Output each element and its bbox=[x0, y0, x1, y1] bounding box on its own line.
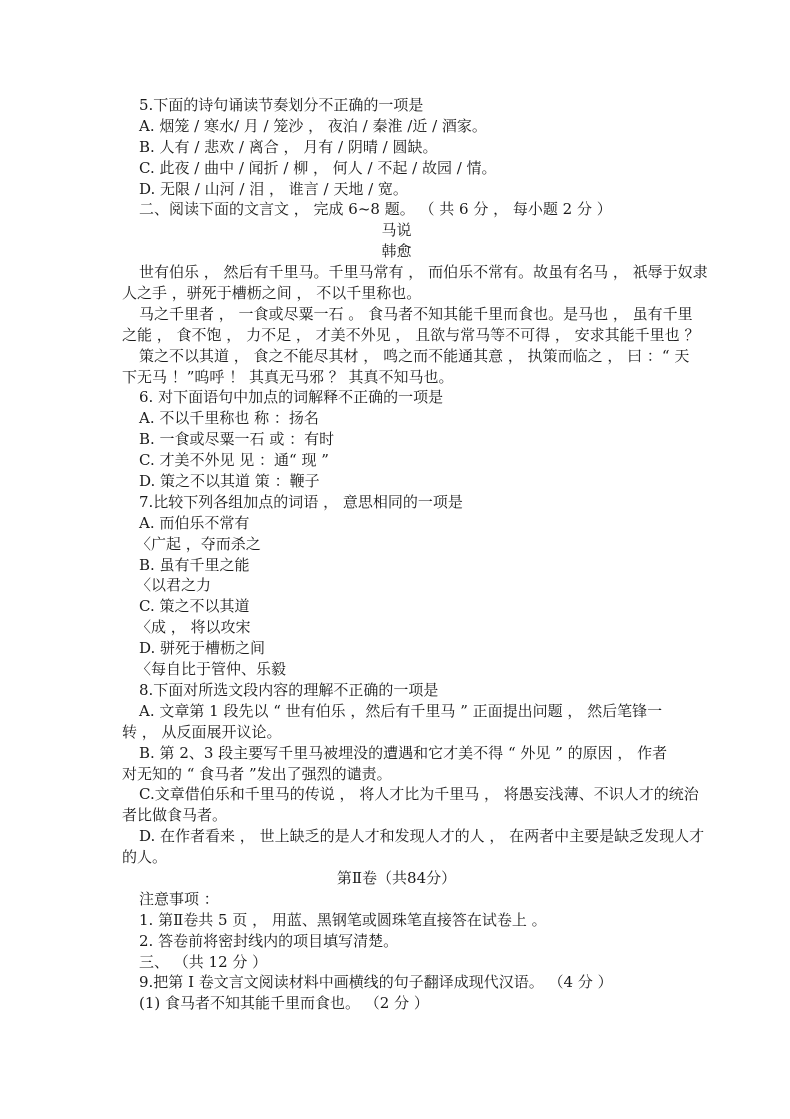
text-line: 二、阅读下面的文言文 ， 完成 6~8 题。 （ 共 6 分 ， 每小题 2 分… bbox=[122, 199, 707, 220]
text-line: C. 才美不外见 见 ：通“ 现 ” bbox=[122, 450, 707, 471]
text-line: B. 第 2、3 段主要写千里马被埋没的遭遇和它才美不得 “ 外见 ” 的原因 … bbox=[122, 743, 707, 764]
text-line: 5.下面的诗句诵读节奏划分不正确的一项是 bbox=[122, 95, 707, 116]
text-line: 6. 对下面语句中加点的词解释不正确的一项是 bbox=[122, 387, 707, 408]
passage-title: 马说 bbox=[104, 220, 689, 241]
text-line: 之能 ， 食不饱 ， 力不足 ， 才美不外见 ， 且欲与常马等不可得 ， 安求其… bbox=[122, 325, 707, 346]
text-line: C. 策之不以其道 bbox=[122, 596, 707, 617]
text-line: D. 无限 / 山河 / 泪 ， 谁言 / 天地 / 宽。 bbox=[122, 179, 707, 200]
text-line: 〈以君之力 bbox=[122, 575, 707, 596]
text-line: D. 策之不以其道 策 ：鞭子 bbox=[122, 471, 707, 492]
text-line: D. 骈死于槽枥之间 bbox=[122, 638, 707, 659]
text-line: 〈每自比于管仲、乐毅 bbox=[122, 659, 707, 680]
document-body: 5.下面的诗句诵读节奏划分不正确的一项是A. 烟笼 / 寒水/ 月 / 笼沙 ，… bbox=[122, 95, 707, 1014]
text-line: 2. 答卷前将密封线内的项目填写清楚。 bbox=[122, 931, 707, 952]
text-line: A. 烟笼 / 寒水/ 月 / 笼沙 ， 夜泊 / 秦淮 /近 / 酒家。 bbox=[122, 116, 707, 137]
text-line: 8.下面对所选文段内容的理解不正确的一项是 bbox=[122, 680, 707, 701]
text-line: 三、 （共 12 分 ） bbox=[122, 952, 707, 973]
text-line: B. 虽有千里之能 bbox=[122, 555, 707, 576]
text-line: 人之手 ，骈死于槽枥之间 ， 不以千里称也。 bbox=[122, 283, 707, 304]
text-line: C. 此夜 / 曲中 / 闻折 / 柳 ， 何人 / 不起 / 故园 / 情。 bbox=[122, 158, 707, 179]
text-line: 注意事项 ： bbox=[122, 889, 707, 910]
text-line: 转 ， 从反面展开议论。 bbox=[122, 722, 707, 743]
text-line: 9.把第 Ⅰ 卷文言文阅读材料中画横线的句子翻译成现代汉语。 （4 分 ） bbox=[122, 972, 707, 993]
text-line: 〈成 ， 将以攻宋 bbox=[122, 617, 707, 638]
text-line: B. 一食或尽粟一石 或 ：有时 bbox=[122, 429, 707, 450]
text-line: (1) 食马者不知其能千里而食也。 （2 分 ） bbox=[122, 993, 707, 1014]
text-line: 马之千里者 ， 一食或尽粟一石 。 食马者不知其能千里而食也。是马也 ， 虽有千… bbox=[122, 304, 707, 325]
text-line: 7.比较下列各组加点的词语 ， 意思相同的一项是 bbox=[122, 492, 707, 513]
section-2-header: 第Ⅱ卷（共84分） bbox=[104, 868, 689, 889]
text-line: C.文章借伯乐和千里马的传说 ， 将人才比为千里马 ， 将愚妄浅薄、不识人才的统… bbox=[122, 784, 707, 805]
text-line: 〈广起 ，夺而杀之 bbox=[122, 534, 707, 555]
text-line: 者比做食马者。 bbox=[122, 805, 707, 826]
text-line: 策之不以其道 ， 食之不能尽其材 ， 鸣之而不能通其意 ， 执策而临之 ， 曰 … bbox=[122, 346, 707, 367]
passage-author: 韩愈 bbox=[104, 241, 689, 262]
text-line: B. 人有 / 悲欢 / 离合 ， 月有 / 阴晴 / 圆缺。 bbox=[122, 137, 707, 158]
text-line: 1. 第Ⅱ卷共 5 页 ， 用蓝、黑钢笔或圆珠笔直接答在试卷上 。 bbox=[122, 910, 707, 931]
document-page: 5.下面的诗句诵读节奏划分不正确的一项是A. 烟笼 / 寒水/ 月 / 笼沙 ，… bbox=[0, 0, 790, 1119]
text-line: A. 而伯乐不常有 bbox=[122, 513, 707, 534]
text-line: 对无知的 “ 食马者 ”发出了强烈的谴责。 bbox=[122, 764, 707, 785]
text-line: 世有伯乐 ， 然后有千里马。千里马常有 ， 而伯乐不常有。故虽有名马 ， 祇辱于… bbox=[122, 262, 707, 283]
text-line: A. 不以千里称也 称 ：扬名 bbox=[122, 408, 707, 429]
text-line: 下无马 ！”呜呼 ！ 其真无马邪 ？ 其真不知马也。 bbox=[122, 367, 707, 388]
text-line: D. 在作者看来 ， 世上缺乏的是人才和发现人才的人 ， 在两者中主要是缺乏发现… bbox=[122, 826, 707, 847]
text-line: A. 文章第 1 段先以 “ 世有伯乐 ，然后有千里马 ” 正面提出问题 ， 然… bbox=[122, 701, 707, 722]
text-line: 的人。 bbox=[122, 847, 707, 868]
